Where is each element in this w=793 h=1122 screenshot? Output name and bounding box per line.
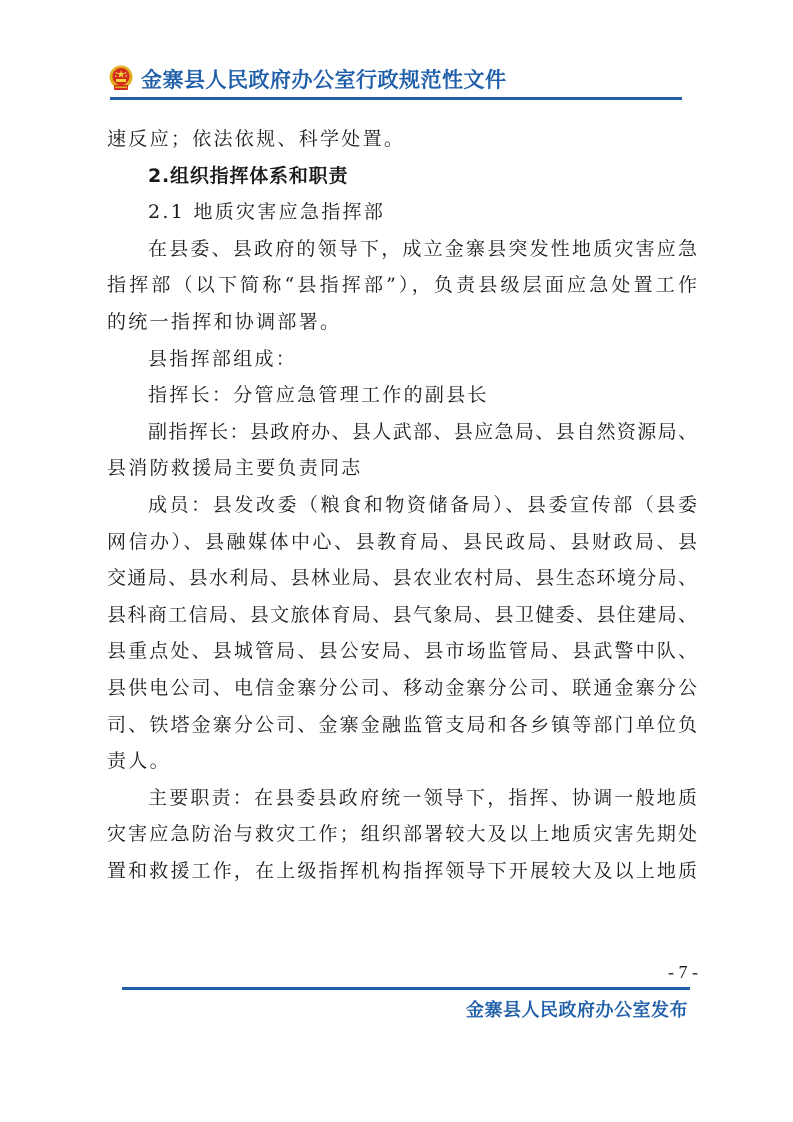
paragraph-line: 指挥部（以下简称“县指挥部”），负责县级层面应急处置工作 (107, 267, 697, 304)
paragraph-line: 县消防救援局主要负责同志 (107, 450, 697, 487)
subsection-heading: 2.1 地质灾害应急指挥部 (107, 194, 697, 231)
national-emblem-icon (108, 65, 134, 92)
footer-publisher: 金寨县人民政府办公室发布 (400, 996, 688, 1022)
paragraph-line: 县指挥部组成： (107, 341, 697, 378)
paragraph-line: 指挥长：分管应急管理工作的副县长 (107, 377, 697, 414)
paragraph-line: 在县委、县政府的领导下，成立金寨县突发性地质灾害应急 (107, 231, 697, 268)
paragraph-line: 速反应；依法依规、科学处置。 (107, 121, 697, 158)
paragraph-line: 县供电公司、电信金寨分公司、移动金寨分公司、联通金寨分公 (107, 670, 697, 707)
footer-divider (122, 987, 690, 990)
paragraph-line: 交通局、县水利局、县林业局、县农业农村局、县生态环境分局、 (107, 560, 697, 597)
paragraph-line: 灾害应急防治与救灾工作；组织部署较大及以上地质灾害先期处 (107, 816, 697, 853)
paragraph-line: 的统一指挥和协调部署。 (107, 304, 697, 341)
paragraph-line: 网信办）、县融媒体中心、县教育局、县民政局、县财政局、县 (107, 524, 697, 561)
header-divider (110, 97, 682, 100)
paragraph-line: 县重点处、县城管局、县公安局、县市场监管局、县武警中队、 (107, 633, 697, 670)
paragraph-line: 成员：县发改委（粮食和物资储备局）、县委宣传部（县委 (107, 487, 697, 524)
paragraph-line: 副指挥长：县政府办、县人武部、县应急局、县自然资源局、 (107, 414, 697, 451)
section-heading: 2.组织指挥体系和职责 (107, 158, 697, 195)
page-number: - 7 - (640, 962, 698, 983)
paragraph-line: 司、铁塔金寨分公司、金寨金融监管支局和各乡镇等部门单位负 (107, 707, 697, 744)
paragraph-line: 主要职责：在县委县政府统一领导下，指挥、协调一般地质 (107, 780, 697, 817)
document-body: 速反应；依法依规、科学处置。 2.组织指挥体系和职责 2.1 地质灾害应急指挥部… (107, 121, 697, 889)
paragraph-line: 责人。 (107, 743, 697, 780)
paragraph-line: 置和救援工作，在上级指挥机构指挥领导下开展较大及以上地质 (107, 853, 697, 890)
paragraph-line: 县科商工信局、县文旅体育局、县气象局、县卫健委、县住建局、 (107, 597, 697, 634)
document-header: 金寨县人民政府办公室行政规范性文件 (108, 62, 683, 102)
header-title: 金寨县人民政府办公室行政规范性文件 (141, 64, 507, 94)
